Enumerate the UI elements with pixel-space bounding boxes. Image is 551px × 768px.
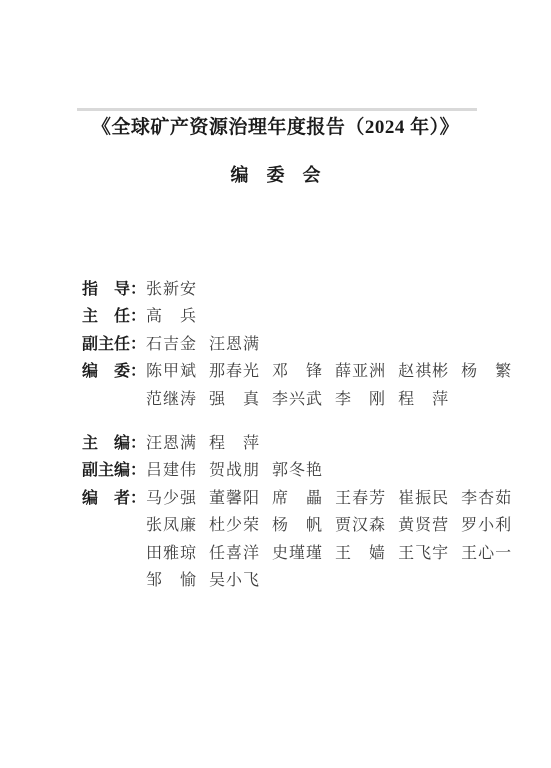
role-label: 副主编： [82,457,146,484]
names-line: 吕建伟贺战朋郭冬艳 [146,457,335,484]
person-name: 程 萍 [398,386,449,413]
names-line: 田雅琼任喜洋史瑾瑾王 嫱王飞宇王心一 [146,540,524,567]
person-name: 程 萍 [209,430,260,457]
person-name: 张凤廉 [146,512,197,539]
person-name: 汪恩满 [209,331,260,358]
person-name: 李杏茹 [461,485,512,512]
person-name: 席 畾 [272,485,323,512]
person-name: 王春芳 [335,485,386,512]
person-name: 崔振民 [398,485,449,512]
person-name: 薛亚洲 [335,358,386,385]
person-name: 汪恩满 [146,430,197,457]
row-editors-cont-3: 邹 愉吴小飞 [82,567,544,594]
role-label: 编 委： [82,358,146,385]
row-editors: 编 者： 马少强董馨阳席 畾王春芳崔振民李杏茹 [82,485,544,512]
row-editors-cont-1: 张凤廉杜少荣杨 帆贾汉森黄贤营罗小利 [82,512,544,539]
document-page: 《全球矿产资源治理年度报告（2024 年）》 编 委 会 指 导： 张新安 主 … [0,0,551,768]
page-subtitle: 编 委 会 [0,161,551,187]
committee-block-leadership: 指 导： 张新安 主 任： 高 兵 副主任： 石吉金汪恩满 编 委： 陈甲斌那春… [82,276,544,413]
names-line: 陈甲斌那春光邓 锋薛亚洲赵祺彬杨 繁 [146,358,524,385]
person-name: 邓 锋 [272,358,323,385]
person-name: 杨 繁 [461,358,512,385]
person-name: 黄贤营 [398,512,449,539]
names-line: 张凤廉杜少荣杨 帆贾汉森黄贤营罗小利 [146,512,524,539]
row-advisor: 指 导： 张新安 [82,276,544,303]
role-label: 编 者： [82,485,146,512]
committee-block-editors: 主 编： 汪恩满程 萍 副主编： 吕建伟贺战朋郭冬艳 编 者： 马少强董馨阳席 … [82,430,544,594]
person-name: 罗小利 [461,512,512,539]
role-label: 主 编： [82,430,146,457]
names-line: 马少强董馨阳席 畾王春芳崔振民李杏茹 [146,485,524,512]
person-name: 史瑾瑾 [272,540,323,567]
person-name: 贾汉森 [335,512,386,539]
names-line: 石吉金汪恩满 [146,331,272,358]
person-name: 杨 帆 [272,512,323,539]
committee-list: 指 导： 张新安 主 任： 高 兵 副主任： 石吉金汪恩满 编 委： 陈甲斌那春… [82,276,544,594]
person-name: 李 刚 [335,386,386,413]
person-name: 王 嫱 [335,540,386,567]
person-name: 邹 愉 [146,567,197,594]
person-name: 强 真 [209,386,260,413]
person-name: 贺战朋 [209,457,260,484]
row-deputy-director: 副主任： 石吉金汪恩满 [82,331,544,358]
role-label: 指 导： [82,276,146,303]
person-name: 吴小飞 [209,567,260,594]
person-name: 陈甲斌 [146,358,197,385]
person-name: 王飞宇 [398,540,449,567]
person-name: 田雅琼 [146,540,197,567]
person-name: 赵祺彬 [398,358,449,385]
row-deputy-chief-editor: 副主编： 吕建伟贺战朋郭冬艳 [82,457,544,484]
role-label: 副主任： [82,331,146,358]
row-editors-cont-2: 田雅琼任喜洋史瑾瑾王 嫱王飞宇王心一 [82,540,544,567]
names-line: 高 兵 [146,303,209,330]
person-name: 李兴武 [272,386,323,413]
person-name: 任喜洋 [209,540,260,567]
row-editorial-members: 编 委： 陈甲斌那春光邓 锋薛亚洲赵祺彬杨 繁 [82,358,544,385]
names-line: 汪恩满程 萍 [146,430,272,457]
person-name: 马少强 [146,485,197,512]
row-editorial-members-cont: 范继涛强 真李兴武李 刚程 萍 [82,386,544,413]
row-director: 主 任： 高 兵 [82,303,544,330]
person-name: 石吉金 [146,331,197,358]
person-name: 高 兵 [146,303,197,330]
person-name: 杜少荣 [209,512,260,539]
role-label: 主 任： [82,303,146,330]
person-name: 董馨阳 [209,485,260,512]
person-name: 郭冬艳 [272,457,323,484]
person-name: 那春光 [209,358,260,385]
person-name: 王心一 [461,540,512,567]
person-name: 张新安 [146,276,197,303]
row-chief-editor: 主 编： 汪恩满程 萍 [82,430,544,457]
person-name: 吕建伟 [146,457,197,484]
names-line: 范继涛强 真李兴武李 刚程 萍 [146,386,461,413]
names-line: 张新安 [146,276,209,303]
names-line: 邹 愉吴小飞 [146,567,272,594]
header-rule [77,108,477,111]
person-name: 范继涛 [146,386,197,413]
page-title: 《全球矿产资源治理年度报告（2024 年）》 [0,112,551,139]
